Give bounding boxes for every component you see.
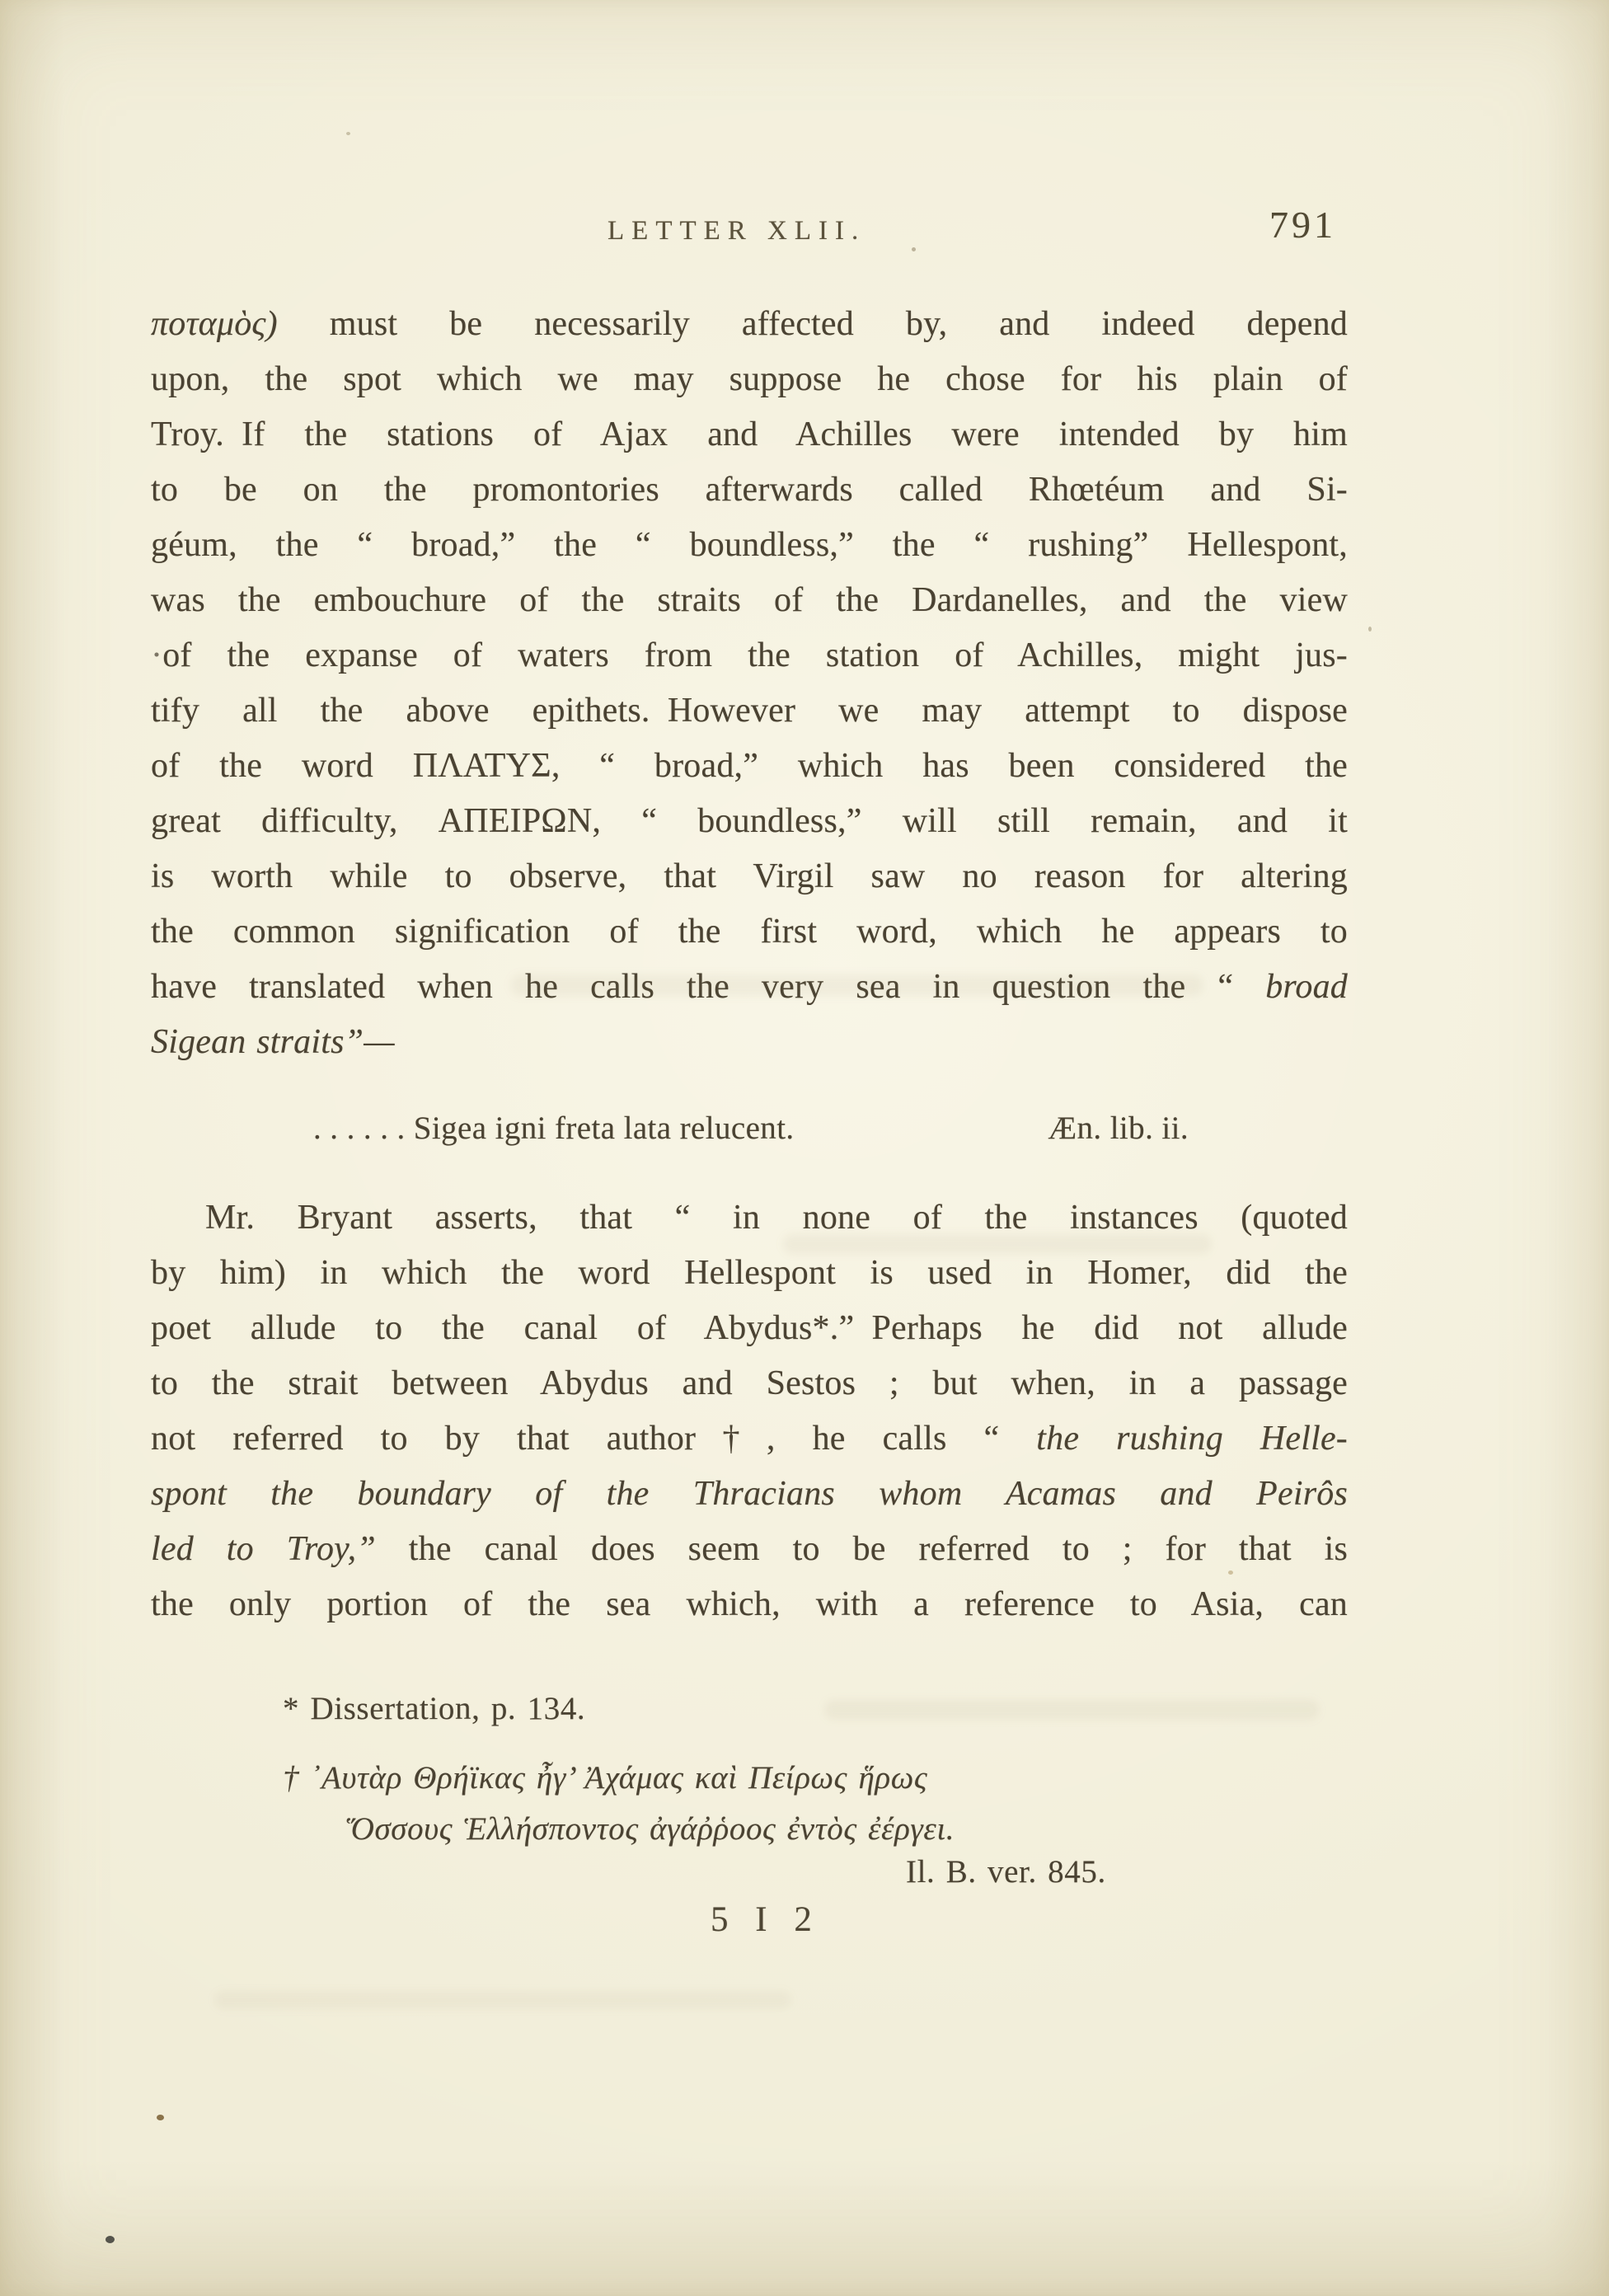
- body-line: great difficulty, ΑΠΕΙΡΩΝ, “ boundless,”…: [151, 794, 1348, 849]
- body-line: by him) in which the word Hellespont is …: [151, 1246, 1348, 1301]
- body-line: to be on the promontories afterwards cal…: [151, 462, 1348, 518]
- body-line: Troy. If the stations of Ajax and Achill…: [151, 407, 1348, 462]
- paper-speck: [1368, 627, 1372, 632]
- footnote-dagger-greek-line-2: Ὅσσους Ἑλλήσποντος ἀγάῤῥοος ἐντὸς ἐέργει…: [346, 1810, 955, 1848]
- body-line: tify all the above epithets. However we …: [151, 683, 1348, 739]
- paper-speck: [106, 2236, 115, 2243]
- page-number: 791: [1269, 203, 1336, 247]
- show-through-ghost: [824, 1700, 1319, 1720]
- paper-speck: [912, 247, 916, 251]
- paper-speck: [346, 132, 350, 135]
- running-header-title: LETTER XLII.: [607, 216, 865, 247]
- paragraph-2: Mr. Bryant asserts, that “ in none of th…: [151, 1190, 1348, 1632]
- latin-quote-text: . . . . . . Sigea igni freta lata reluce…: [313, 1110, 795, 1147]
- body-line: ποταμὸς) must be necessarily affected by…: [151, 297, 1348, 352]
- footnote-asterisk: * Dissertation, p. 134.: [283, 1690, 585, 1727]
- body-line: is worth while to observe, that Virgil s…: [151, 849, 1348, 904]
- show-through-ghost: [511, 974, 1203, 996]
- show-through-ghost: [783, 1234, 1212, 1254]
- signature-mark: 5 I 2: [711, 1899, 821, 1940]
- body-line: spont the boundary of the Thracians whom…: [151, 1467, 1348, 1522]
- body-line: of the word ΠΛΑΤΥΣ, “ broad,” which has …: [151, 739, 1348, 794]
- paper-speck: [1228, 1571, 1233, 1575]
- body-line: to the strait between Abydus and Sestos …: [151, 1356, 1348, 1411]
- latin-quote-row: . . . . . . Sigea igni freta lata reluce…: [313, 1110, 1189, 1147]
- body-line: ·of the expanse of waters from the stati…: [151, 628, 1348, 683]
- body-line: poet allude to the canal of Abydus*.” Pe…: [151, 1301, 1348, 1356]
- body-line: the only portion of the sea which, with …: [151, 1577, 1348, 1632]
- body-line: géum, the “ broad,” the “ boundless,” th…: [151, 518, 1348, 573]
- body-line: upon, the spot which we may suppose he c…: [151, 352, 1348, 407]
- body-line: Sigean straits”—: [151, 1015, 1348, 1070]
- footnote-dagger-greek-line-1: † ᾿Αυτὰρ Θρήϊκας ἦγ’ Ἀχάμας καὶ Πείρως ἥ…: [283, 1759, 927, 1796]
- paragraph-1: ποταμὸς) must be necessarily affected by…: [151, 297, 1348, 1070]
- book-page: LETTER XLII. 791 ποταμὸς) must be necess…: [0, 0, 1609, 2296]
- body-line: led to Troy,” the canal does seem to be …: [151, 1522, 1348, 1577]
- latin-quote-reference: Æn. lib. ii.: [1048, 1110, 1189, 1147]
- paper-speck: [157, 2115, 164, 2120]
- footnote-dagger-reference: Il. B. ver. 845.: [906, 1853, 1106, 1890]
- body-line: was the embouchure of the straits of the…: [151, 573, 1348, 628]
- body-line: not referred to by that author†, he call…: [151, 1411, 1348, 1467]
- body-line: the common signification of the first wo…: [151, 904, 1348, 960]
- show-through-ghost: [214, 1991, 791, 2009]
